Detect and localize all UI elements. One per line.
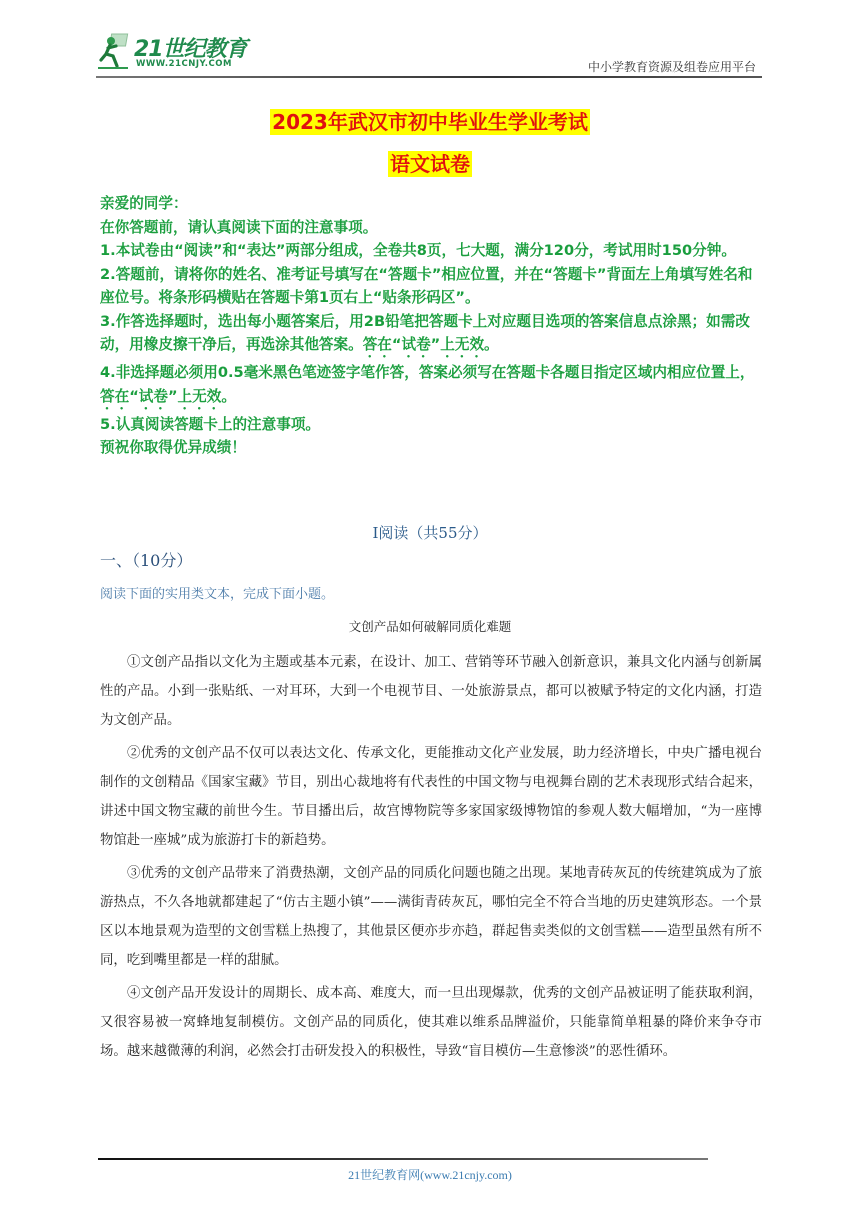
article-title: 文创产品如何破解同质化难题: [0, 617, 860, 635]
notice-item-5: 5.认真阅读答题卡上的注意事项。: [100, 413, 762, 437]
logo-url: WWW.21CNJY.COM: [136, 59, 232, 69]
article-body: ①文创产品指以文化为主题或基本元素，在设计、加工、营销等环节融入创新意识，兼具文…: [100, 648, 762, 1070]
title-row: 2023年武汉市初中毕业生学业考试: [0, 109, 860, 135]
subtitle-row: 语文试卷: [0, 151, 860, 177]
notice-item-3: 3.作答选择题时，选出每小题答案后，用2B铅笔把答题卡上对应题目选项的答案信息点…: [100, 310, 762, 362]
article-paragraph: ③优秀的文创产品带来了消费热潮，文创产品的同质化问题也随之出现。某地青砖灰瓦的传…: [100, 859, 762, 975]
article-paragraph: ④文创产品开发设计的周期长、成本高、难度大，而一旦出现爆款，优秀的文创产品被证明…: [100, 979, 762, 1066]
site-logo[interactable]: 21世纪教育 WWW.21CNJY.COM: [96, 26, 266, 78]
notice-emphasis: 答在“试卷”上无效。: [363, 336, 499, 353]
exam-subtitle: 语文试卷: [388, 151, 472, 177]
page-header: 21世纪教育 WWW.21CNJY.COM 中小学教育资源及组卷应用平台: [96, 26, 762, 78]
platform-tagline: 中小学教育资源及组卷应用平台: [588, 58, 756, 75]
notice-item-1: 1.本试卷由“阅读”和“表达”两部分组成，全卷共8页，七大题，满分120分，考试…: [100, 239, 762, 263]
notice-greeting: 亲爱的同学：: [100, 192, 762, 216]
exam-page: 21世纪教育 WWW.21CNJY.COM 中小学教育资源及组卷应用平台 202…: [0, 0, 860, 1216]
notice-closing: 预祝你取得优异成绩！: [100, 436, 762, 460]
exam-title: 2023年武汉市初中毕业生学业考试: [270, 109, 590, 135]
exam-notice: 亲爱的同学： 在你答题前，请认真阅读下面的注意事项。 1.本试卷由“阅读”和“表…: [100, 192, 762, 460]
question-heading: 一、（10分）: [100, 548, 192, 571]
article-paragraph: ②优秀的文创产品不仅可以表达文化、传承文化，更能推动文化产业发展，助力经济增长，…: [100, 739, 762, 855]
section-title: Ⅰ阅读（共55分）: [0, 522, 860, 543]
runner-logo-icon: [98, 32, 132, 72]
notice-emphasis: 答在“试卷”上无效。: [100, 388, 236, 405]
notice-item-4: 4.非选择题必须用0.5毫米黑色笔迹签字笔作答，答案必须写在答题卡各题目指定区域…: [100, 361, 762, 413]
footer-divider: [98, 1158, 708, 1160]
question-instruction: 阅读下面的实用类文本，完成下面小题。: [100, 583, 334, 602]
notice-item-4-text: 4.非选择题必须用0.5毫米黑色笔迹签字笔作答，答案必须写在答题卡各题目指定区域…: [100, 364, 755, 381]
notice-item-2: 2.答题前，请将你的姓名、准考证号填写在“答题卡”相应位置，并在“答题卡”背面左…: [100, 263, 762, 310]
header-divider: [96, 76, 762, 78]
article-paragraph: ①文创产品指以文化为主题或基本元素，在设计、加工、营销等环节融入创新意识，兼具文…: [100, 648, 762, 735]
notice-intro: 在你答题前，请认真阅读下面的注意事项。: [100, 216, 762, 240]
page-footer: 21世纪教育网(www.21cnjy.com): [0, 1166, 860, 1183]
